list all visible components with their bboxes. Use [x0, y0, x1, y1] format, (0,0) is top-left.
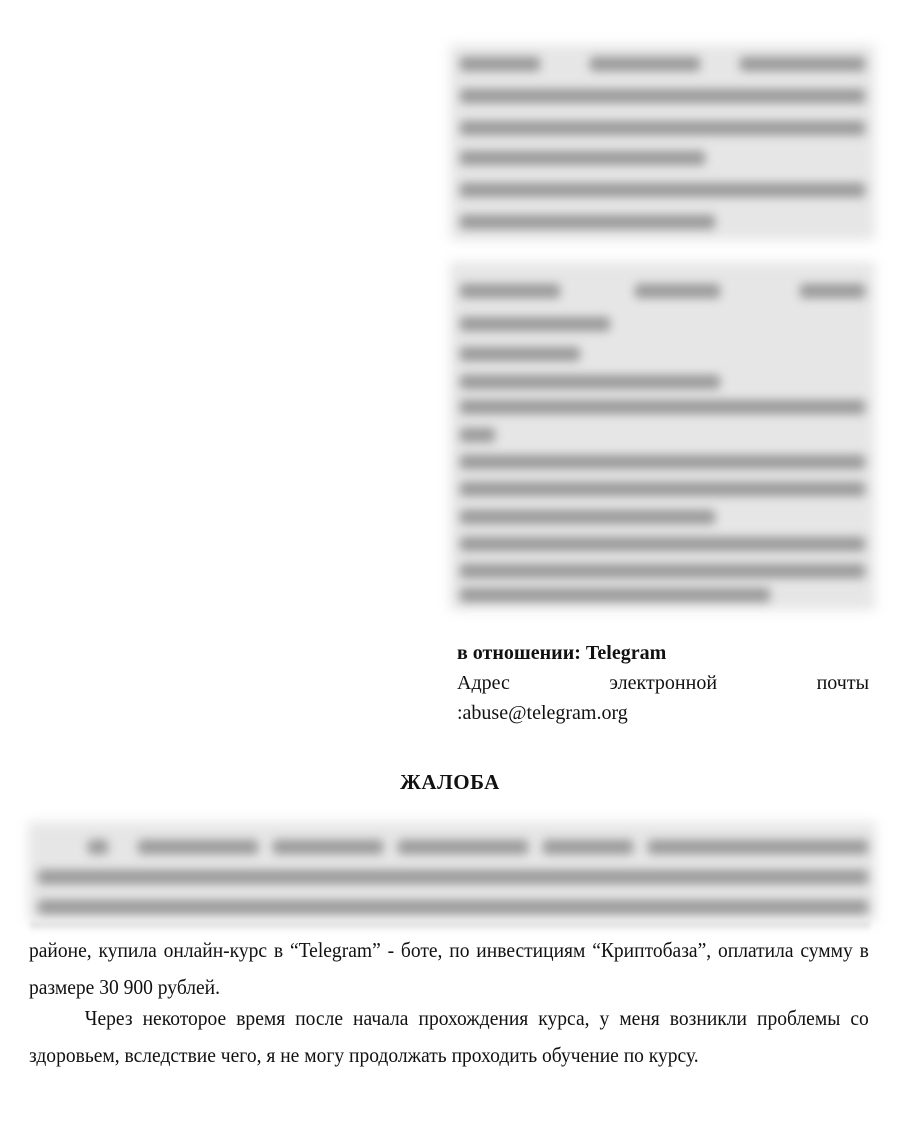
email-label-row: Адрес электронной почты — [457, 668, 869, 698]
email-label-word: почты — [817, 668, 869, 698]
email-label-word: электронной — [609, 668, 717, 698]
body-paragraph-1: районе, купила онлайн-курс в “Telegram” … — [29, 932, 869, 1006]
redacted-authority-block — [450, 45, 875, 240]
recipient-block: в отношении: Telegram Адрес электронной … — [457, 638, 869, 728]
scan-edge — [30, 922, 870, 932]
redacted-intro-paragraph — [28, 822, 876, 922]
recipient-line: в отношении: Telegram — [457, 638, 869, 668]
recipient-name: Telegram — [586, 642, 666, 664]
email-label-word: Адрес — [457, 668, 510, 698]
body-paragraph-2: Через некоторое время после начала прохо… — [29, 1000, 869, 1074]
email-address: :abuse@telegram.org — [457, 698, 869, 728]
recipient-label: в отношении: — [457, 642, 581, 664]
redacted-applicant-block — [450, 262, 875, 610]
document-title: ЖАЛОБА — [0, 770, 900, 795]
